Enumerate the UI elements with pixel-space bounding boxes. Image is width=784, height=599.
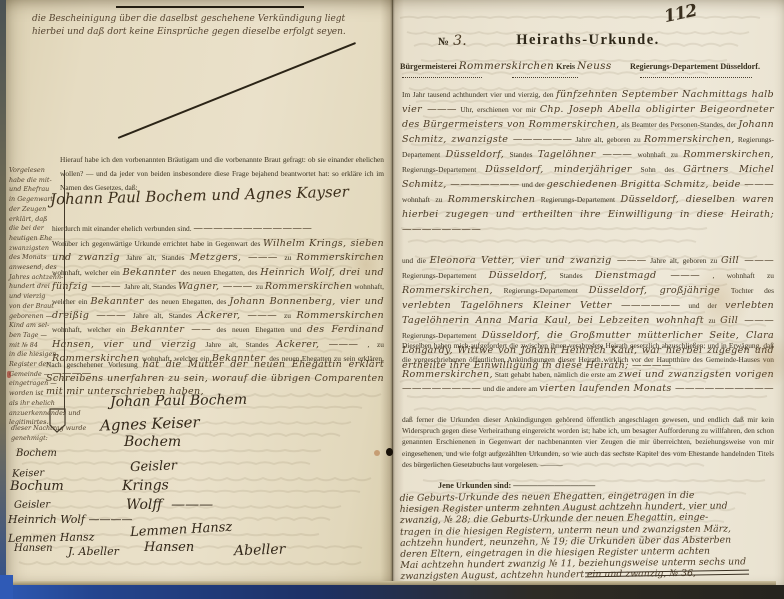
text-line: zwanzigsten	[6, 244, 64, 254]
text-segment: Jahre alt, Standes	[124, 282, 178, 291]
text-line: Register der	[6, 360, 64, 370]
text-segment: Jahre alt, Standes	[205, 340, 276, 349]
margin-signature: J. Abeller	[68, 544, 228, 561]
text-line: der Zeugen	[6, 205, 64, 215]
margin-signature: Geisler	[14, 494, 228, 514]
documents-list-label: Jene Urkunden sind: ——————————	[438, 481, 595, 490]
red-ink-speck	[7, 371, 11, 378]
text-line: von der Braut	[6, 302, 64, 312]
marginal-certification-note: die Bescheinigung über die daselbst gesc…	[32, 13, 370, 39]
text-segment: Bekannter	[91, 296, 149, 307]
text-segment: Standes	[547, 271, 595, 280]
text-segment: Metzgers, ———	[190, 252, 285, 263]
text-segment: Sohn des	[632, 165, 683, 174]
documents-list: die Geburts-Urkunde des neuen Ehegatten,…	[400, 489, 779, 583]
text-segment: Düsseldorf, minderjähriger	[485, 164, 632, 175]
text-line: worden ist	[6, 389, 64, 399]
text-segment: Regierungs-Departement Düsseldorf.	[612, 62, 761, 71]
text-segment: , wohnhaft zu	[700, 271, 774, 280]
text-segment: Regierungs-Departement	[402, 165, 485, 174]
table-surface-blue-corner	[0, 575, 13, 599]
text-segment: Rommerskirchen,	[402, 369, 493, 380]
text-segment: Regierungs-Departement	[402, 271, 489, 280]
text-segment: vierten laufenden Monats ——————————	[539, 383, 774, 394]
text-segment: Statt gehabt haben, nämlich die erste am	[493, 370, 618, 379]
text-segment: geschiedenen Brigitta Schmitz, beide ———	[547, 179, 774, 190]
bleedthrough-stroke	[400, 17, 760, 18]
text-line: heutigen Ehe	[6, 234, 64, 244]
text-line: des Monats	[6, 253, 64, 263]
text-segment: hierdurch mit einander ehelich verbunden…	[52, 224, 193, 233]
text-line: Kind am sel-	[6, 321, 64, 331]
text-segment: Neuss	[577, 60, 611, 72]
text-line: Vorgelesen	[6, 166, 64, 176]
text-segment: Rommerskirchen	[459, 60, 554, 72]
text-segment: Jahre alt, Standes	[133, 311, 197, 320]
text-segment: Bekannter ——	[131, 324, 211, 335]
text-line: die bei der	[6, 224, 64, 234]
groom-paragraph: Im Jahr tausend achthundert vier und vie…	[402, 86, 774, 236]
text-segment: Rommerskirchen	[448, 194, 535, 205]
text-line: hundert drei	[6, 282, 64, 292]
text-segment: des neuen Ehegatten und	[211, 325, 307, 334]
margin-signature: Heinrich Wolf ————	[8, 512, 228, 529]
text-line: und vierzig	[6, 292, 64, 302]
signature: Abeller	[234, 537, 365, 563]
text-segment: Rommerskirchen,	[683, 149, 774, 160]
text-segment: Rommerskirchen	[297, 252, 384, 263]
table-surface	[0, 585, 784, 599]
text-segment: Regierungs-Departement	[493, 286, 589, 295]
register-book-spread: die Bescheinigung über die daselbst gesc…	[0, 0, 784, 599]
margin-approval-note: dieser Nachtrag wurdegenehmigt:	[8, 424, 98, 443]
text-line: in Gegenwart	[6, 195, 64, 205]
text-segment: Bürgermeisterei	[400, 62, 459, 71]
closing-clause-paragraph: daß ferner die Urkunden dieser Ankündigu…	[402, 414, 774, 470]
text-segment: Wilhelm Krings,	[263, 238, 346, 249]
text-segment: Jahre alt, Standes	[126, 253, 189, 262]
text-segment: Im Jahr tausend achthundert vier und vie…	[402, 90, 556, 99]
left-page: die Bescheinigung über die daselbst gesc…	[6, 0, 392, 586]
text-segment: Dieselben haben mich aufgefordert die zw…	[402, 341, 774, 364]
text-line: habe die mit-	[6, 176, 64, 186]
text-line: mit № 84	[6, 341, 64, 351]
text-line: geborenen —	[6, 312, 64, 322]
text-segment: Regierungs-Departement	[535, 195, 620, 204]
text-segment: zu	[256, 282, 265, 291]
text-segment: Bekannter	[123, 267, 181, 278]
marriage-bond-line: hierdurch mit einander ehelich verbunden…	[52, 220, 382, 235]
page-number-ink-mark: 112	[662, 1, 698, 27]
dotted-rule	[512, 76, 578, 78]
text-segment: als Beamter des Personen-Standes, der	[619, 120, 738, 129]
text-segment: Rommerskirchen,	[402, 285, 493, 296]
text-segment: zu	[284, 253, 296, 262]
text-segment: des neuen Ehegatten, des	[180, 268, 260, 277]
text-segment: Düsseldorf,	[446, 149, 505, 160]
text-segment: Eleonora Vetter, vier und zwanzig ———	[430, 255, 647, 266]
banns-paragraph: Dieselben haben mich aufgefordert die zw…	[402, 338, 774, 396]
bleedthrough-stroke	[408, 240, 696, 242]
text-line: in die hiesigen	[6, 350, 64, 360]
text-segment: Kreis	[554, 62, 577, 71]
text-segment: Ackerer, ———	[276, 339, 367, 350]
text-segment: zu	[284, 311, 297, 320]
text-segment: Jahre alt, geboren zu	[572, 135, 644, 144]
text-segment: des neuen Ehegatten, des	[148, 297, 229, 306]
dotted-rule	[402, 76, 482, 78]
text-segment: Standes	[504, 150, 538, 159]
text-segment: Gill ———	[721, 255, 774, 266]
text-segment: Ackerer, ———	[197, 310, 284, 321]
top-rule	[116, 6, 304, 8]
margin-divider-rule	[64, 170, 65, 412]
text-line: Jahres achtzehn-	[6, 273, 64, 283]
book-gutter-line	[392, 0, 393, 586]
cancellation-stroke	[118, 42, 356, 139]
text-line: erklärt, daß	[6, 215, 64, 225]
text-segment: Uhr, erschienen vor mir	[457, 105, 540, 114]
right-page: 112 № 3. Heiraths-Urkunde. Bürgermeister…	[392, 0, 784, 586]
dotted-rule	[640, 76, 752, 78]
text-segment: Gill ———	[720, 315, 774, 326]
text-segment: Tochter des	[720, 286, 774, 295]
ink-blot	[386, 448, 393, 456]
text-segment: Rommerskirchen	[265, 281, 352, 292]
text-segment: zu	[704, 316, 720, 325]
text-segment: Rommerskirchen,	[644, 134, 735, 145]
text-line: eingetragen —	[6, 379, 64, 389]
text-segment: Wagner, ———	[178, 281, 256, 292]
text-segment: wohnhaft zu	[402, 195, 448, 204]
jurisdiction-line: Bürgermeisterei Rommerskirchen Kreis Neu…	[400, 56, 778, 74]
text-line: genehmigt:	[8, 434, 98, 444]
text-line: anwesend, des	[6, 263, 64, 273]
text-line: hierbei und daß dort keine Einsprüche ge…	[32, 26, 370, 39]
text-segment: und der	[520, 180, 547, 189]
text-segment: Düsseldorf, großjährige	[589, 285, 720, 296]
text-segment: Rommerskirchen	[297, 310, 384, 321]
text-segment: Worüber ich gegenwärtige Urkunde erricht…	[52, 239, 263, 248]
text-segment: Tagelöhner ———	[538, 149, 632, 160]
text-line: ben Tage —	[6, 331, 64, 341]
certificate-title: Heiraths-Urkunde.	[392, 32, 784, 49]
margin-signature: Lemmen Hansz	[8, 527, 228, 547]
text-line: dieser Nachtrag wurde	[8, 424, 98, 434]
text-segment: verlebten Tagelöhners Kleiner Vetter ———…	[402, 300, 680, 311]
text-segment: Düsseldorf,	[489, 270, 548, 281]
text-line: Gemeinde —	[6, 370, 64, 380]
bleedthrough-stroke	[19, 562, 361, 564]
wax-blot	[374, 450, 380, 456]
text-line: die Bescheinigung über die daselbst gesc…	[32, 13, 370, 26]
text-segment: und die andere am	[481, 384, 539, 393]
margin-annotation: Vorgelesenhabe die mit-und Ehefrauin Geg…	[6, 166, 64, 428]
text-segment: ————————————	[193, 223, 312, 234]
text-segment: Dienstmagd ———	[595, 270, 700, 281]
text-segment: Jahre alt, geboren zu	[647, 256, 721, 265]
text-line: und Ehefrau	[6, 185, 64, 195]
text-segment: und die	[402, 256, 430, 265]
bleedthrough-stroke	[407, 396, 767, 397]
margin-signature-block: BochemKeiserBochumGeislerHeinrich Wolf —…	[8, 446, 228, 560]
text-segment: und der	[680, 301, 725, 310]
text-segment: wohnhaft zu	[632, 150, 683, 159]
bleedthrough-stroke	[414, 408, 756, 410]
